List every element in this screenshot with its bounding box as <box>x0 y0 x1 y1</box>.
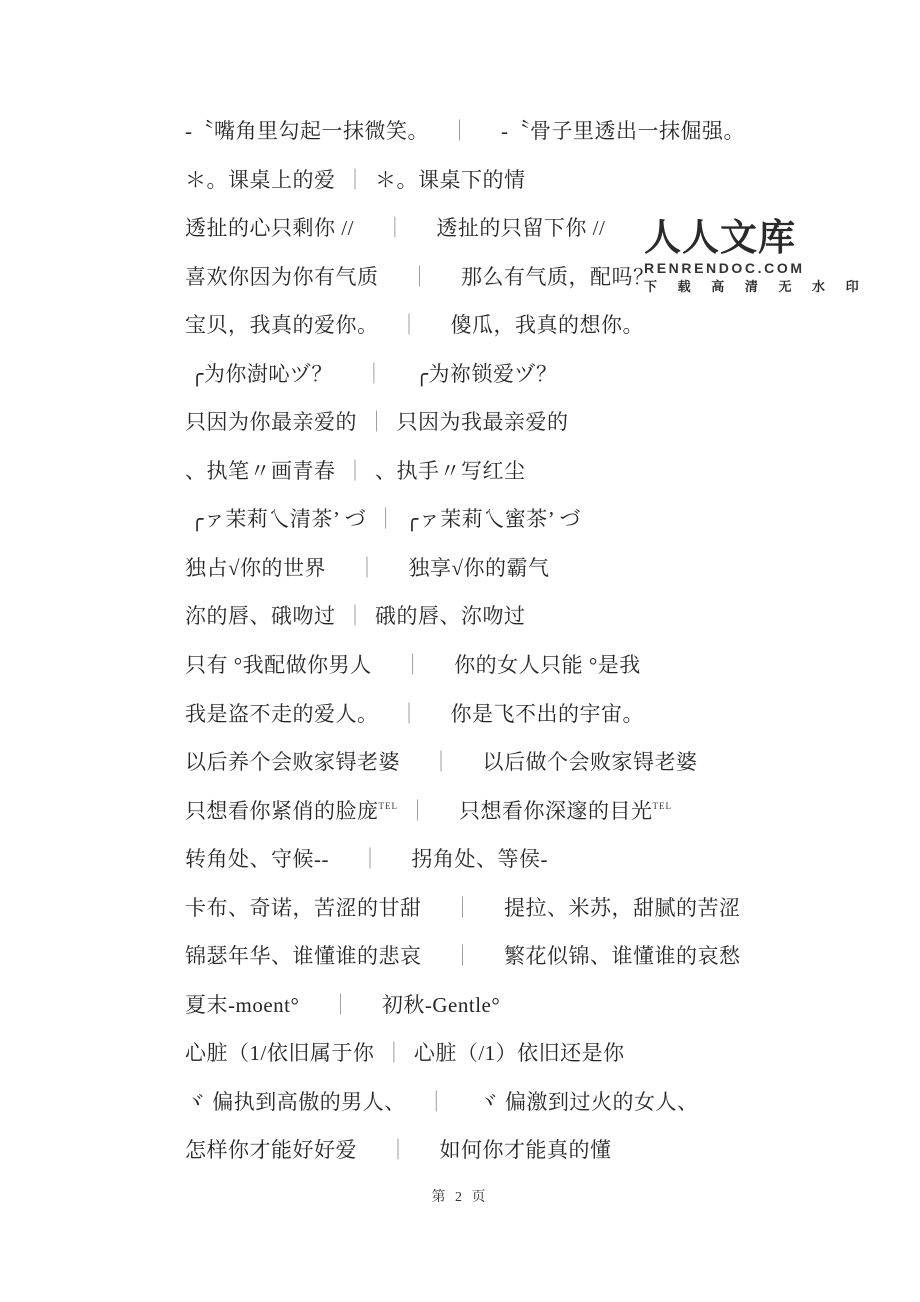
name-pair-row: 卡布、奇诺，苦涩的甘甜 ｜ 提拉、米苏，甜腻的苦涩 <box>185 884 880 933</box>
left-nickname: 以后养个会败家锝老婆 <box>185 750 422 774</box>
name-pair-row: 沵的唇、硪吻过｜硪的唇、沵吻过 <box>185 592 880 641</box>
right-nickname: ╭ァ茉莉乀蜜茶’ づ <box>406 507 581 531</box>
right-nickname: 只因为我最亲爱的 <box>397 410 569 434</box>
name-pair-row: ╭为你澍吣ヅ？ ｜ ╭为祢锁爱ヅ？ <box>185 350 880 399</box>
right-nickname: ヾ 偏激到过火的女人、 <box>456 1090 698 1114</box>
right-nickname: ╭为祢锁爱ヅ？ <box>394 362 558 386</box>
right-nickname: 提拉、米苏，甜腻的苦涩 <box>483 896 741 920</box>
right-nickname: 如何你才能真的懂 <box>418 1138 612 1162</box>
right-nickname: 只想看你深邃的目光 <box>438 799 653 823</box>
tel-superscript: TEL <box>379 801 399 811</box>
pair-separator: ｜ <box>357 410 397 434</box>
watermark: 人人文库 RENRENDOC.COM 下 载 高 清 无 水 印 <box>644 219 867 293</box>
name-pair-row: ヾ 偏执到高傲的男人、 ｜ ヾ 偏激到过火的女人、 <box>185 1078 880 1127</box>
pair-separator: ｜ <box>379 1138 419 1162</box>
right-nickname: 你的女人只能 °是我 <box>433 653 641 677</box>
name-pair-row: 怎样你才能好好爱 ｜ 如何你才能真的懂 <box>185 1126 880 1175</box>
pair-separator: ｜ <box>354 362 394 386</box>
right-nickname: 傻瓜，我真的想你。 <box>429 313 644 337</box>
left-nickname: 转角处、守候-- <box>185 847 351 871</box>
pair-separator: ｜ <box>348 556 388 580</box>
document-page: -〝嘴角里勾起一抹微笑。 ｜ -〝骨子里透出一抹倔强。＊。课桌上的爱｜＊。课桌下… <box>0 0 920 1302</box>
name-pair-row: -〝嘴角里勾起一抹微笑。 ｜ -〝骨子里透出一抹倔强。 <box>185 107 880 156</box>
right-nickname: ＊。课桌下的情 <box>375 168 526 192</box>
left-nickname: 宝贝，我真的爱你。 <box>185 313 390 337</box>
name-pair-row: 只有 °我配做你男人 ｜ 你的女人只能 °是我 <box>185 641 880 690</box>
left-nickname: 卡布、奇诺，苦涩的甘甜 <box>185 896 443 920</box>
right-nickname: 、执手〃写红尘 <box>375 459 526 483</box>
name-pair-row: 只想看你紧俏的脸庞TEL｜ 只想看你深邃的目光TEL <box>185 787 880 836</box>
name-pair-row: 独占√你的世界 ｜ 独享√你的霸气 <box>185 544 880 593</box>
pair-separator: ｜ <box>336 168 376 192</box>
watermark-domain: RENRENDOC.COM <box>644 261 867 275</box>
left-nickname: 只有 °我配做你男人 <box>185 653 393 677</box>
name-pair-row: 以后养个会败家锝老婆 ｜ 以后做个会败家锝老婆 <box>185 738 880 787</box>
name-pair-row: ＊。课桌上的爱｜＊。课桌下的情 <box>185 156 880 205</box>
pair-separator: ｜ <box>375 216 415 240</box>
pair-separator: ｜ <box>398 799 438 823</box>
left-nickname: 锦瑟年华、谁懂谁的悲哀 <box>185 944 443 968</box>
left-nickname: 、执笔〃画青春 <box>185 459 336 483</box>
left-nickname: ╭为你澍吣ヅ？ <box>185 362 354 386</box>
left-nickname: ヾ 偏执到高傲的男人、 <box>185 1090 417 1114</box>
pair-separator: ｜ <box>440 119 480 143</box>
pair-separator: ｜ <box>422 750 462 774</box>
pair-separator: ｜ <box>390 313 430 337</box>
left-nickname: 我是盗不走的爱人。 <box>185 702 390 726</box>
pair-separator: ｜ <box>351 847 391 871</box>
right-nickname: 硪的唇、沵吻过 <box>375 604 526 628</box>
name-pair-row: 转角处、守候-- ｜ 拐角处、等侯- <box>185 835 880 884</box>
right-nickname: 那么有气质，配吗？ <box>440 265 655 289</box>
name-pair-row: 只因为你最亲爱的｜只因为我最亲爱的 <box>185 398 880 447</box>
right-nickname: 透扯的只留下你 // <box>415 216 605 240</box>
right-nickname: 心脏（/1）依旧还是你 <box>414 1041 625 1065</box>
pair-separator: ｜ <box>336 459 376 483</box>
left-nickname: 夏末-moent° <box>185 993 321 1017</box>
name-pair-row: 夏末-moent° ｜ 初秋-Gentle° <box>185 981 880 1030</box>
pair-separator: ｜ <box>443 896 483 920</box>
pair-separator: ｜ <box>443 944 483 968</box>
left-nickname: 独占√你的世界 <box>185 556 348 580</box>
tel-superscript: TEL <box>653 801 673 811</box>
pair-separator: ｜ <box>417 1090 457 1114</box>
right-nickname: 以后做个会败家锝老婆 <box>461 750 698 774</box>
pair-separator: ｜ <box>366 507 406 531</box>
pair-separator: ｜ <box>390 702 430 726</box>
right-nickname: 繁花似锦、谁懂谁的哀愁 <box>483 944 741 968</box>
name-pair-row: 我是盗不走的爱人。 ｜ 你是飞不出的宇宙。 <box>185 690 880 739</box>
right-nickname: 独享√你的霸气 <box>387 556 550 580</box>
name-pair-row: 宝贝，我真的爱你。 ｜ 傻瓜，我真的想你。 <box>185 301 880 350</box>
left-nickname: 只因为你最亲爱的 <box>185 410 357 434</box>
right-nickname: -〝骨子里透出一抹倔强。 <box>480 119 746 143</box>
name-pair-row: 、执笔〃画青春｜、执手〃写红尘 <box>185 447 880 496</box>
left-nickname: ＊。课桌上的爱 <box>185 168 336 192</box>
left-nickname: 只想看你紧俏的脸庞 <box>185 799 379 823</box>
watermark-tagline: 下 载 高 清 无 水 印 <box>644 280 867 293</box>
left-nickname: 透扯的心只剩你 // <box>185 216 375 240</box>
left-nickname: -〝嘴角里勾起一抹微笑。 <box>185 119 440 143</box>
page-number: 第 2 页 <box>0 1186 920 1206</box>
left-nickname: 心脏（1/依旧属于你 <box>185 1041 374 1065</box>
name-pair-row: ╭ァ茉莉乀清茶’ づ｜╭ァ茉莉乀蜜茶’ づ <box>185 495 880 544</box>
pair-separator: ｜ <box>321 993 361 1017</box>
pair-separator: ｜ <box>336 604 376 628</box>
left-nickname: 沵的唇、硪吻过 <box>185 604 336 628</box>
right-nickname: 你是飞不出的宇宙。 <box>429 702 644 726</box>
right-nickname: 初秋-Gentle° <box>360 993 500 1017</box>
pair-separator: ｜ <box>400 265 440 289</box>
left-nickname: 喜欢你因为你有气质 <box>185 265 400 289</box>
pair-separator: ｜ <box>393 653 433 677</box>
right-nickname: 拐角处、等侯- <box>390 847 548 871</box>
name-pair-row: 心脏（1/依旧属于你｜心脏（/1）依旧还是你 <box>185 1029 880 1078</box>
watermark-logo-text: 人人文库 <box>644 219 867 256</box>
pair-separator: ｜ <box>374 1041 414 1065</box>
left-nickname: 怎样你才能好好爱 <box>185 1138 379 1162</box>
left-nickname: ╭ァ茉莉乀清茶’ づ <box>185 507 366 531</box>
name-pair-row: 锦瑟年华、谁懂谁的悲哀 ｜ 繁花似锦、谁懂谁的哀愁 <box>185 932 880 981</box>
